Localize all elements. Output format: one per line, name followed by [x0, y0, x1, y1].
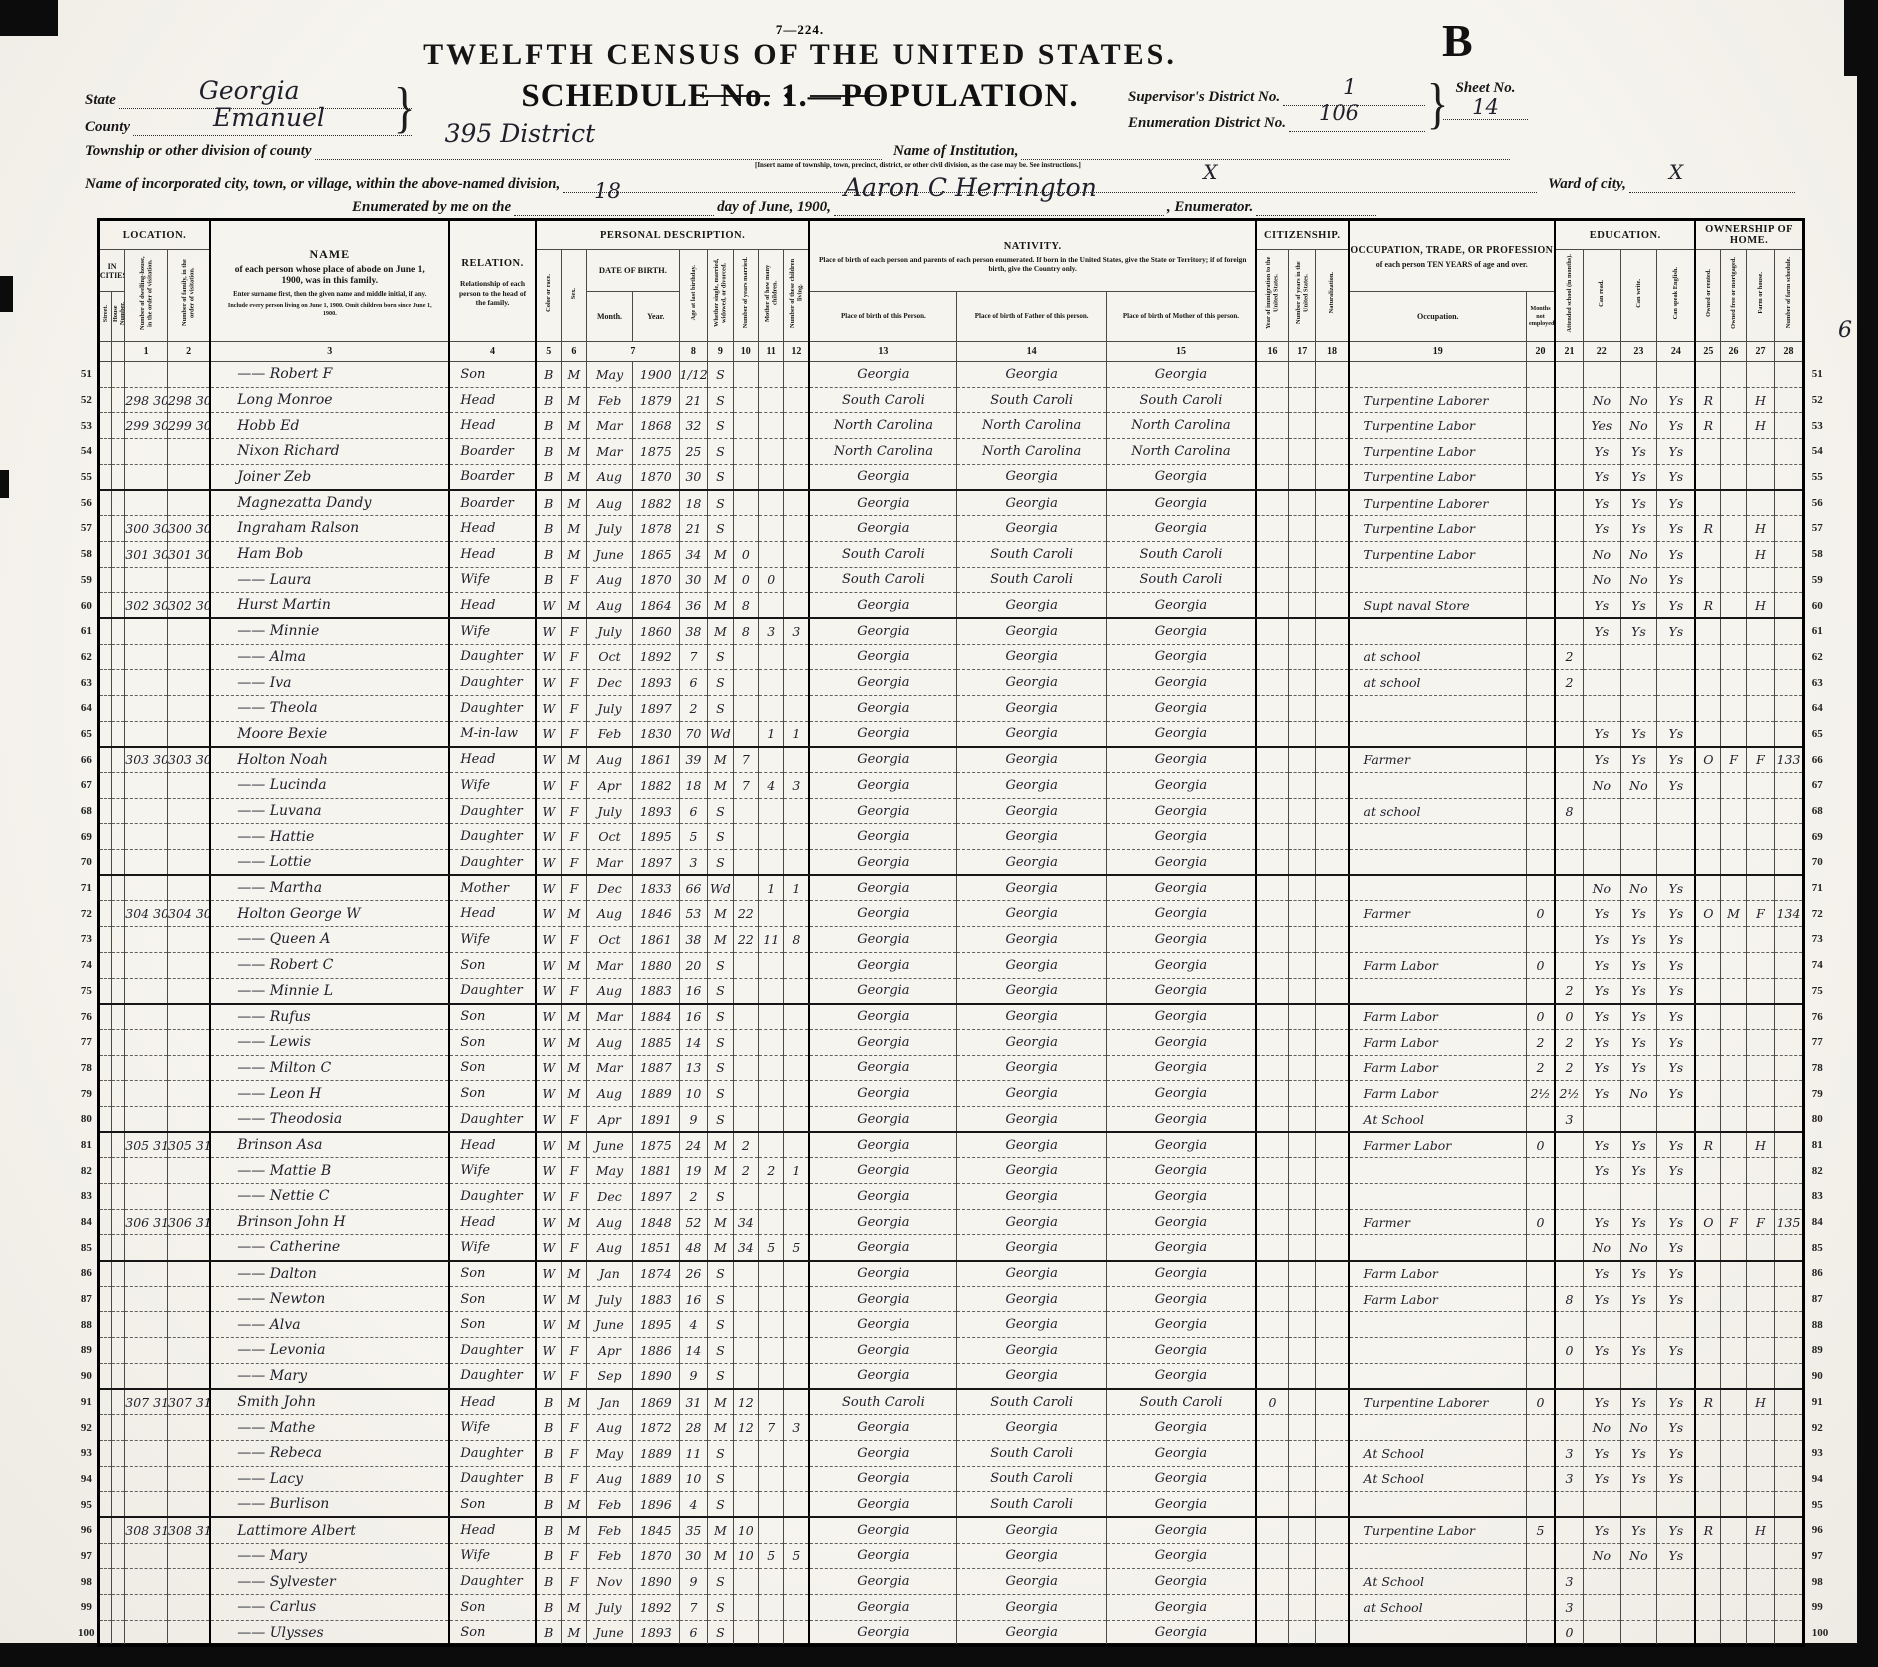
cell — [1316, 516, 1349, 542]
cell: S — [708, 1261, 733, 1287]
cell — [1289, 695, 1316, 721]
cell — [112, 541, 125, 567]
cell: B — [536, 516, 561, 542]
cell: Ys — [1584, 1440, 1621, 1466]
cell: Turpentine Laborer — [1349, 490, 1527, 516]
cell: No — [1620, 1543, 1657, 1569]
cell: —— Sylvester — [210, 1569, 449, 1595]
row-number-left: 86 — [78, 1261, 98, 1287]
column-number-1: 1 — [125, 342, 168, 362]
cell — [1584, 670, 1621, 696]
group-nativity: NATIVITY. Place of birth of each person … — [809, 220, 1256, 292]
cell — [1527, 1466, 1555, 1492]
cell: S — [708, 798, 733, 824]
cell — [733, 1004, 758, 1030]
cell — [112, 593, 125, 619]
cell: Ys — [1620, 1338, 1657, 1364]
cell — [1775, 387, 1804, 413]
cell: 6 — [679, 670, 707, 696]
cell — [1349, 362, 1527, 388]
group-personal-description: PERSONAL DESCRIPTION. — [536, 220, 810, 250]
table-row: 97—— MaryWifeBFFeb187030M1055GeorgiaGeor… — [78, 1543, 1832, 1569]
cell: Yes — [1584, 413, 1621, 439]
cell: 306 311 — [125, 1209, 168, 1235]
cell — [98, 1106, 111, 1132]
cell — [168, 1235, 211, 1261]
row-number-right: 83 — [1803, 1184, 1832, 1210]
cell — [1695, 1569, 1720, 1595]
cell — [98, 1517, 111, 1543]
table-row: 87—— NewtonSonWMJuly188316SGeorgiaGeorgi… — [78, 1286, 1832, 1312]
cell: —— Newton — [210, 1286, 449, 1312]
row-number-right: 100 — [1803, 1620, 1832, 1646]
cell — [784, 541, 809, 567]
cell: Ys — [1620, 952, 1657, 978]
cell — [1620, 798, 1657, 824]
cell: —— Mary — [210, 1363, 449, 1389]
cell: Georgia — [809, 1492, 957, 1518]
cell: 1848 — [632, 1209, 679, 1235]
cell: Georgia — [809, 1132, 957, 1158]
cell: 0 — [1527, 1132, 1555, 1158]
table-row: 59—— LauraWifeBFAug187030M00South Caroli… — [78, 567, 1832, 593]
cell — [1721, 1261, 1746, 1287]
cell: R — [1695, 1517, 1720, 1543]
cell — [1349, 978, 1527, 1004]
cell: Ys — [1620, 1029, 1657, 1055]
supervisor-district-value: 1 — [1343, 77, 1356, 98]
cell: —— Levonia — [210, 1338, 449, 1364]
cell — [1775, 1440, 1804, 1466]
cell — [1775, 1184, 1804, 1210]
cell — [1289, 464, 1316, 490]
cell — [1256, 1261, 1289, 1287]
cell: 2 — [1555, 644, 1583, 670]
cell: F — [561, 1338, 586, 1364]
cell — [1555, 1389, 1583, 1415]
cell: F — [561, 978, 586, 1004]
group-name: NAME of each person whose place of abode… — [210, 220, 449, 342]
cell — [1584, 1492, 1621, 1518]
cell — [1695, 721, 1720, 747]
cell — [1527, 618, 1555, 644]
cell: 34 — [733, 1235, 758, 1261]
cell: North Carolina — [1106, 439, 1256, 465]
cell: South Caroli — [957, 567, 1107, 593]
cell: M — [561, 1595, 586, 1621]
cell — [112, 824, 125, 850]
name-note2: Include every person living on June 1, 1… — [211, 302, 448, 317]
cell — [1584, 798, 1621, 824]
cell: 9 — [679, 1363, 707, 1389]
cell — [1289, 1620, 1316, 1646]
cell — [1527, 1338, 1555, 1364]
cell: No — [1620, 875, 1657, 901]
cell — [1721, 1595, 1746, 1621]
cell — [112, 1312, 125, 1338]
cell: M-in-law — [449, 721, 535, 747]
cell: S — [708, 952, 733, 978]
row-number-right: 61 — [1803, 618, 1832, 644]
cell: Georgia — [1106, 952, 1256, 978]
cell — [98, 1261, 111, 1287]
cell — [1775, 1106, 1804, 1132]
cell: Long Monroe — [210, 387, 449, 413]
cell — [1721, 1286, 1746, 1312]
cell: Holton George W — [210, 901, 449, 927]
cell — [98, 1286, 111, 1312]
cell — [98, 1055, 111, 1081]
cell: Feb — [587, 1492, 633, 1518]
cell: 2 — [1527, 1029, 1555, 1055]
cell — [1584, 695, 1621, 721]
cell: Georgia — [809, 1055, 957, 1081]
row-number-right: 57 — [1803, 516, 1832, 542]
cell — [168, 798, 211, 824]
cell: Supt naval Store — [1349, 593, 1527, 619]
cell: 30 — [679, 464, 707, 490]
cell: F — [561, 1569, 586, 1595]
cell — [1289, 670, 1316, 696]
cell — [1289, 1081, 1316, 1107]
cell — [1527, 978, 1555, 1004]
cell — [733, 1620, 758, 1646]
cell — [125, 798, 168, 824]
cell: Georgia — [809, 1158, 957, 1184]
cell — [784, 1132, 809, 1158]
cell — [1555, 747, 1583, 773]
cell: Ys — [1657, 541, 1696, 567]
row-number-left: 66 — [78, 747, 98, 773]
cell — [759, 1440, 784, 1466]
cell — [98, 695, 111, 721]
cell: 1885 — [632, 1029, 679, 1055]
cell — [1527, 644, 1555, 670]
cell: 2 — [733, 1132, 758, 1158]
cell: 2 — [733, 1158, 758, 1184]
cell: Georgia — [957, 747, 1107, 773]
cell: Georgia — [1106, 1184, 1256, 1210]
cell — [112, 875, 125, 901]
cell: 301 306 — [168, 541, 211, 567]
cell — [1527, 670, 1555, 696]
cell — [1256, 1081, 1289, 1107]
cell — [733, 1029, 758, 1055]
cell — [1620, 824, 1657, 850]
row-number-right: 63 — [1803, 670, 1832, 696]
cell: Ys — [1584, 1286, 1621, 1312]
cell — [1721, 1543, 1746, 1569]
cell: Ys — [1657, 1440, 1696, 1466]
cell — [168, 618, 211, 644]
cell — [1746, 824, 1774, 850]
cell — [1746, 490, 1774, 516]
cell — [168, 1004, 211, 1030]
cell: M — [561, 1209, 586, 1235]
cell — [1316, 1415, 1349, 1441]
group-relation: RELATION. Relationship of each person to… — [449, 220, 535, 342]
cell — [1775, 644, 1804, 670]
cell: M — [561, 1132, 586, 1158]
cell: H — [1746, 1389, 1774, 1415]
col-date-of-birth: DATE OF BIRTH. — [587, 250, 680, 292]
cell — [98, 439, 111, 465]
cell: Ys — [1584, 464, 1621, 490]
cell: —— Laura — [210, 567, 449, 593]
cell: M — [708, 1235, 733, 1261]
cell — [112, 1569, 125, 1595]
cell: Georgia — [809, 1261, 957, 1287]
cell: H — [1746, 1132, 1774, 1158]
cell — [125, 1004, 168, 1030]
cell: North Carolina — [1106, 413, 1256, 439]
cell: Ys — [1584, 1389, 1621, 1415]
cell: Georgia — [1106, 464, 1256, 490]
cell — [1316, 593, 1349, 619]
cell — [1584, 1106, 1621, 1132]
cell: R — [1695, 387, 1720, 413]
cell: Georgia — [1106, 1261, 1256, 1287]
cell: May — [587, 1158, 633, 1184]
cell — [1527, 464, 1555, 490]
cell: Georgia — [957, 875, 1107, 901]
row-number-right: 90 — [1803, 1363, 1832, 1389]
cell — [125, 567, 168, 593]
cell: 4 — [679, 1492, 707, 1518]
cell: Ys — [1620, 747, 1657, 773]
cell — [1657, 798, 1696, 824]
cell — [733, 1184, 758, 1210]
cell: Head — [449, 387, 535, 413]
cell — [759, 1312, 784, 1338]
cell — [1746, 1158, 1774, 1184]
cell — [733, 439, 758, 465]
cell: M — [561, 901, 586, 927]
column-number-13: 13 — [809, 342, 957, 362]
cell: —— Burlison — [210, 1492, 449, 1518]
cell: 307 312 — [168, 1389, 211, 1415]
cell — [1555, 1261, 1583, 1287]
cell — [112, 695, 125, 721]
cell — [1620, 362, 1657, 388]
cell: Ys — [1584, 1158, 1621, 1184]
table-row: 91307 312307 312Smith JohnHeadBMJan18693… — [78, 1389, 1832, 1415]
cell: Apr — [587, 1106, 633, 1132]
cell: Oct — [587, 644, 633, 670]
cell: Dec — [587, 670, 633, 696]
cell: 8 — [1555, 798, 1583, 824]
cell: Ys — [1620, 464, 1657, 490]
cell: Sep — [587, 1363, 633, 1389]
cell: —— Alma — [210, 644, 449, 670]
cell — [112, 1029, 125, 1055]
relation-desc: Relationship of each person to the head … — [450, 279, 534, 307]
cell: May — [587, 1440, 633, 1466]
cell: F — [561, 1440, 586, 1466]
cell — [112, 1440, 125, 1466]
row-number-right: 88 — [1803, 1312, 1832, 1338]
cell — [1775, 1055, 1804, 1081]
cell: Georgia — [809, 850, 957, 876]
cell — [1695, 952, 1720, 978]
cell — [1695, 541, 1720, 567]
census-table-body: 51—— Robert FSonBMMay19001/12SGeorgiaGeo… — [78, 362, 1832, 1646]
cell: Georgia — [809, 1286, 957, 1312]
cell — [1349, 721, 1527, 747]
cell: M — [708, 747, 733, 773]
row-number-left: 72 — [78, 901, 98, 927]
cell: Farmer — [1349, 1209, 1527, 1235]
cell: M — [561, 1389, 586, 1415]
cell — [125, 1569, 168, 1595]
cell — [1555, 875, 1583, 901]
cell: Georgia — [809, 593, 957, 619]
cell: —— Leon H — [210, 1081, 449, 1107]
enumerator-name: Aaron C Herrington — [844, 175, 1097, 200]
cell: 1890 — [632, 1363, 679, 1389]
ward-value: X — [1669, 160, 1683, 184]
cell — [1555, 773, 1583, 799]
cell — [1721, 1415, 1746, 1441]
cell — [1316, 773, 1349, 799]
cell: 0 — [1555, 1004, 1583, 1030]
cell — [1721, 1055, 1746, 1081]
cell: Daughter — [449, 978, 535, 1004]
cell — [98, 875, 111, 901]
scan-artifact — [1857, 76, 1878, 1643]
row-number-left: 58 — [78, 541, 98, 567]
table-row: 83—— Nettie CDaughterWFDec18972SGeorgiaG… — [78, 1184, 1832, 1210]
cell — [1256, 1004, 1289, 1030]
cell: Daughter — [449, 824, 535, 850]
table-row: 80—— TheodosiaDaughterWFApr18919SGeorgia… — [78, 1106, 1832, 1132]
cell — [1555, 1158, 1583, 1184]
table-row: 99—— CarlusSonBMJuly18927SGeorgiaGeorgia… — [78, 1595, 1832, 1621]
cell: 1875 — [632, 439, 679, 465]
enumerated-mid: day of June, 1900, — [717, 199, 831, 216]
cell — [1746, 1055, 1774, 1081]
cell — [1256, 1055, 1289, 1081]
cell — [125, 644, 168, 670]
cell — [125, 1158, 168, 1184]
cell: Ys — [1620, 490, 1657, 516]
cell: M — [708, 1389, 733, 1415]
row-number-left: 90 — [78, 1363, 98, 1389]
cell: Ys — [1584, 1338, 1621, 1364]
cell: 12 — [733, 1415, 758, 1441]
cell: Nixon Richard — [210, 439, 449, 465]
cell — [1721, 1106, 1746, 1132]
cell — [1349, 1235, 1527, 1261]
cell — [1695, 1543, 1720, 1569]
cell: W — [536, 1184, 561, 1210]
cell: 0 — [759, 567, 784, 593]
cell: Magnezatta Dandy — [210, 490, 449, 516]
cell — [168, 1595, 211, 1621]
row-number-right: 97 — [1803, 1543, 1832, 1569]
cell: B — [536, 1620, 561, 1646]
table-row: 98—— SylvesterDaughterBFNov18909SGeorgia… — [78, 1569, 1832, 1595]
cell: Georgia — [957, 1004, 1107, 1030]
cell — [1721, 1004, 1746, 1030]
cell — [1721, 567, 1746, 593]
cell — [1775, 1569, 1804, 1595]
cell: 302 307 — [168, 593, 211, 619]
cell — [1256, 1235, 1289, 1261]
cell: Georgia — [957, 1261, 1107, 1287]
cell — [1289, 1543, 1316, 1569]
cell — [125, 1415, 168, 1441]
cell — [125, 1363, 168, 1389]
cell: 1 — [784, 721, 809, 747]
name-title: NAME — [211, 247, 448, 262]
row-number-right: 71 — [1803, 875, 1832, 901]
row-number-right: 78 — [1803, 1055, 1832, 1081]
cell — [1721, 773, 1746, 799]
cell — [1775, 567, 1804, 593]
cell — [759, 1620, 784, 1646]
cell — [1527, 1184, 1555, 1210]
cell — [168, 1569, 211, 1595]
row-number-left: 56 — [78, 490, 98, 516]
cell: M — [708, 567, 733, 593]
cell: No — [1584, 567, 1621, 593]
cell — [1657, 850, 1696, 876]
cell: W — [536, 1158, 561, 1184]
cell — [1316, 1209, 1349, 1235]
cell — [1555, 1312, 1583, 1338]
cell: W — [536, 1312, 561, 1338]
cell — [98, 593, 111, 619]
cell: 0 — [1527, 1389, 1555, 1415]
cell: Head — [449, 541, 535, 567]
cell — [98, 773, 111, 799]
row-number-left: 61 — [78, 618, 98, 644]
cell: Wd — [708, 875, 733, 901]
cell: B — [536, 413, 561, 439]
cell — [1527, 567, 1555, 593]
cell: W — [536, 747, 561, 773]
cell — [759, 747, 784, 773]
cell — [733, 824, 758, 850]
cell: 1892 — [632, 1595, 679, 1621]
cell: 34 — [733, 1209, 758, 1235]
row-number-right: 87 — [1803, 1286, 1832, 1312]
cell: South Caroli — [957, 1389, 1107, 1415]
cell: Georgia — [1106, 593, 1256, 619]
cell: Georgia — [957, 1184, 1107, 1210]
cell — [1316, 1158, 1349, 1184]
cell: Mar — [587, 1004, 633, 1030]
cell: W — [536, 875, 561, 901]
cell — [98, 670, 111, 696]
cell: M — [708, 773, 733, 799]
cell: S — [708, 413, 733, 439]
cell: —— Martha — [210, 875, 449, 901]
cell — [1746, 1184, 1774, 1210]
cell — [1695, 1312, 1720, 1338]
cell — [1527, 413, 1555, 439]
cell: Hurst Martin — [210, 593, 449, 619]
cell: Ys — [1657, 721, 1696, 747]
cell — [125, 1595, 168, 1621]
cell: B — [536, 387, 561, 413]
cell — [1256, 1492, 1289, 1518]
cell: M — [708, 1209, 733, 1235]
cell: 8 — [733, 593, 758, 619]
row-number-left: 74 — [78, 952, 98, 978]
cell: Mother — [449, 875, 535, 901]
